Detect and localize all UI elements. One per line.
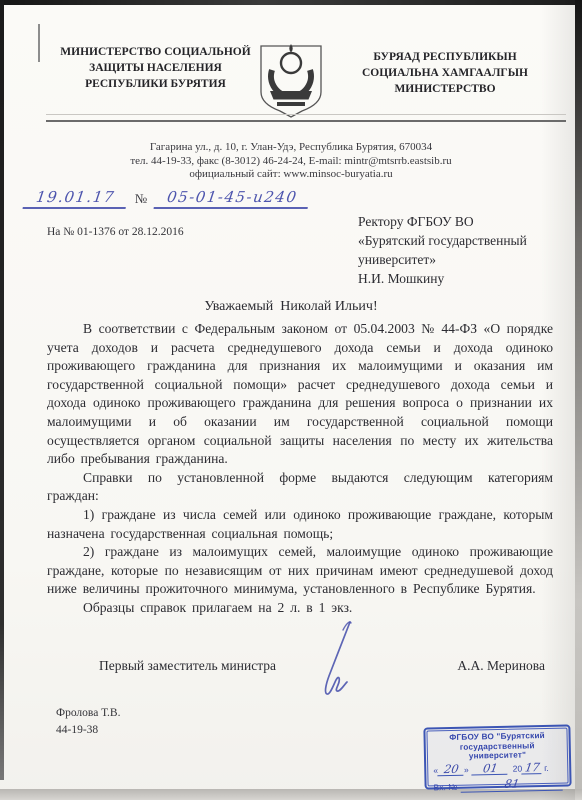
address-line: официальный сайт: www.minsoc-buryatia.ru	[0, 168, 582, 182]
letterhead-divider-thick	[46, 120, 566, 122]
org-name-russian: МИНИСТЕРСТВО СОЦИАЛЬНОЙ ЗАЩИТЫ НАСЕЛЕНИЯ…	[38, 44, 273, 92]
handwritten-date: 19.01.17	[23, 188, 129, 209]
org-name-line: РЕСПУБЛИКИ БУРЯТИЯ	[38, 76, 273, 92]
executor-name: Фролова Т.В.	[56, 705, 120, 722]
coat-of-arms-buryatia-icon	[255, 41, 327, 119]
recipient-line: Ректору ФГБОУ ВО	[358, 212, 568, 231]
salutation: Уважаемый Николай Ильич!	[0, 299, 582, 315]
stamp-handwritten-year: 17	[521, 762, 543, 774]
body-paragraph: Образцы справок прилагаем на 2 л. в 1 эк…	[47, 599, 553, 618]
outgoing-reference-row: 19.01.17 № 05-01-45-и240	[24, 188, 309, 209]
org-name-line: БУРЯАД РЕСПУБЛИКЫН	[330, 49, 560, 65]
scanned-letter-page: МИНИСТЕРСТВО СОЦИАЛЬНОЙ ЗАЩИТЫ НАСЕЛЕНИЯ…	[0, 0, 582, 800]
recipient-line: «Бурятский государственный	[358, 231, 568, 250]
letterhead-divider-thin	[46, 114, 566, 115]
stamp-org-line: государственный университет"	[433, 740, 562, 762]
number-sign: №	[135, 191, 147, 209]
stamp-handwritten-day: 20	[437, 763, 465, 776]
address-block: Гагарина ул., д. 10, г. Улан-Удэ, Респуб…	[0, 141, 582, 182]
scan-edge-top	[0, 0, 582, 5]
body-paragraph: 2) граждане из малоимущих семей, малоиму…	[47, 543, 553, 599]
handwritten-signature	[312, 616, 360, 704]
recipient-line: университет»	[358, 250, 568, 269]
signature-row: Первый заместитель министра А.А. Меринов…	[47, 658, 553, 674]
org-name-line: МИНИСТЕРСТВО	[330, 81, 560, 97]
stamp-handwritten-incoming-number: 81	[503, 778, 519, 789]
signer-name: А.А. Меринова	[457, 658, 545, 674]
stamp-incoming-label: Вх. №	[434, 781, 458, 792]
recipient-line: Н.И. Мошкину	[358, 269, 568, 288]
org-name-buryat: БУРЯАД РЕСПУБЛИКЫН СОЦИАЛЬНА ХАМГААЛГЫН …	[330, 49, 560, 97]
stamp-year-suffix: г.	[544, 762, 549, 773]
body-paragraph: 1) граждане из числа семей или одиноко п…	[47, 506, 553, 543]
address-line: тел. 44-19-33, факс (8-3012) 46-24-24, E…	[0, 155, 582, 169]
letter-body: В соответствии с Федеральным законом от …	[47, 320, 553, 618]
stamp-handwritten-month: 01	[472, 762, 510, 775]
stamp-inner-border: ФГБОУ ВО "Бурятский государственный унив…	[426, 728, 568, 787]
address-line: Гагарина ул., д. 10, г. Улан-Удэ, Респуб…	[0, 141, 582, 155]
stamp-incoming-row: Вх. № 81	[433, 777, 562, 793]
stamp-incoming-number-line: 81	[460, 777, 563, 792]
executor-block: Фролова Т.В. 44-19-38	[56, 705, 120, 739]
org-name-line: ЗАЩИТЫ НАСЕЛЕНИЯ	[38, 60, 273, 76]
body-paragraph: Справки по установленной форме выдаются …	[47, 469, 553, 506]
executor-phone: 44-19-38	[56, 722, 120, 739]
scan-edge-right	[575, 0, 582, 800]
org-name-line: МИНИСТЕРСТВО СОЦИАЛЬНОЙ	[38, 44, 273, 60]
signer-position: Первый заместитель министра	[99, 658, 276, 674]
scan-edge-left	[0, 0, 4, 780]
org-name-line: СОЦИАЛЬНА ХАМГААЛГЫН	[330, 65, 560, 81]
incoming-registration-stamp: ФГБОУ ВО "Бурятский государственный унив…	[423, 724, 571, 789]
body-paragraph: В соответствии с Федеральным законом от …	[47, 320, 553, 469]
handwritten-outgoing-number: 05-01-45-и240	[154, 188, 311, 209]
stamp-date-row: « 20 » 01 20 17 г.	[433, 761, 562, 776]
recipient-block: Ректору ФГБОУ ВО «Бурятский государствен…	[358, 212, 568, 288]
incoming-reference: На № 01-1376 от 28.12.2016	[47, 226, 184, 238]
